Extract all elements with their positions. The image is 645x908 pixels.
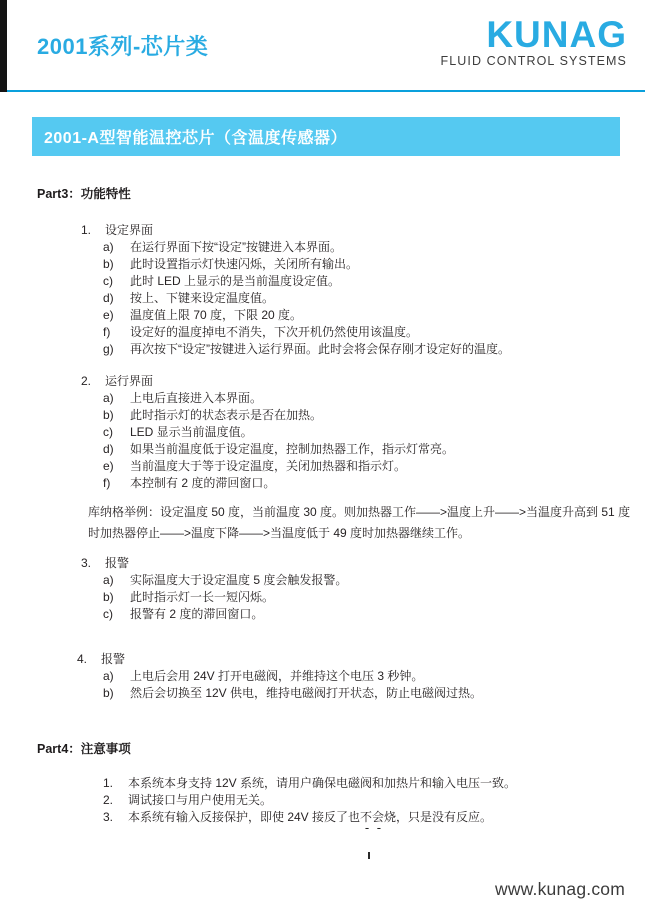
list-item: e)当前温度大于等于设定温度，关闭加热器和指示灯。 [103,458,645,475]
section-alarm: 3. 报警 a)实际温度大于设定温度 5 度会触发报警。 b)此时指示灯一长一短… [0,555,645,623]
corner-bar-decoration [0,0,7,92]
note-item: 1.本系统本身支持 12V 系统，请用户确保电磁阀和加热片和输入电压一致。 [103,775,645,792]
list-item: b)此时设置指示灯快速闪烁，关闭所有输出。 [103,256,645,273]
page-header: 2001系列-芯片类 KUNAG FLUID CONTROL SYSTEMS [0,0,645,90]
list-item: a)上电后会用 24V 打开电磁阀，并维持这个电压 3 秒钟。 [103,668,645,685]
item-label: b) [103,256,130,273]
list-item: c)此时 LED 上显示的是当前温度设定值。 [103,273,645,290]
section-title: 报警 [105,555,129,572]
list-item: b)然后会切换至 12V 供电，维持电磁阀打开状态，防止电磁阀过热。 [103,685,645,702]
list-item: d)按上、下键来设定温度值。 [103,290,645,307]
note-text: 本系统有输入反接保护，即使 24V 接反了也不会烧，只是没有反应。 [128,809,492,826]
note-text: 本系统本身支持 12V 系统，请用户确保电磁阀和加热片和输入电压一致。 [128,775,516,792]
item-text: 当前温度大于等于设定温度，关闭加热器和指示灯。 [130,458,406,475]
item-text: 此时 LED 上显示的是当前温度设定值。 [130,273,340,290]
item-label: d) [103,441,130,458]
header-divider [0,90,645,92]
logo-wordmark: KUNAG [440,18,627,51]
item-label: f) [103,475,130,492]
item-label: c) [103,424,130,441]
section-title: 设定界面 [105,222,153,239]
section-number: 1. [81,222,105,239]
section-number: 2. [81,373,105,390]
list-item: f)本控制有 2 度的滞回窗口。 [103,475,645,492]
note-number: 1. [103,775,128,792]
item-text: 上电后会用 24V 打开电磁阀，并维持这个电压 3 秒钟。 [130,668,423,685]
item-text: LED 显示当前温度值。 [130,424,253,441]
item-label: f) [103,324,130,341]
section-run-interface: 2. 运行界面 a)上电后直接进入本界面。 b)此时指示灯的状态表示是否在加热。… [0,373,645,492]
item-label: b) [103,685,130,702]
item-label: a) [103,572,130,589]
website-url: www.kunag.com [495,879,625,900]
list-item: b)此时指示灯一长一短闪烁。 [103,589,645,606]
section-number: 4. [77,651,101,668]
part3-heading: Part3：功能特性 [37,186,645,203]
list-item: f)设定好的温度掉电不消失，下次开机仍然使用该温度。 [103,324,645,341]
page-number-marker: - - [352,820,396,835]
note-text: 调试接口与用户使用无关。 [128,792,272,809]
item-label: e) [103,458,130,475]
list-item: a)上电后直接进入本界面。 [103,390,645,407]
part4-heading: Part4：注意事项 [37,741,645,758]
section-valve-power: 4. 报警 a)上电后会用 24V 打开电磁阀，并维持这个电压 3 秒钟。 b)… [0,651,645,702]
item-label: b) [103,407,130,424]
list-item: b)此时指示灯的状态表示是否在加热。 [103,407,645,424]
item-label: g) [103,341,130,358]
section-number: 3. [81,555,105,572]
item-label: a) [103,390,130,407]
item-text: 实际温度大于设定温度 5 度会触发报警。 [130,572,347,589]
logo-tagline: FLUID CONTROL SYSTEMS [440,54,627,68]
list-item: a)在运行界面下按“设定”按键进入本界面。 [103,239,645,256]
item-label: e) [103,307,130,324]
product-banner: 2001-A型智能温控芯片（含温度传感器） [32,117,620,156]
item-text: 此时指示灯一长一短闪烁。 [130,589,274,606]
note-item: 2.调试接口与用户使用无关。 [103,792,645,809]
item-text: 然后会切换至 12V 供电，维持电磁阀打开状态，防止电磁阀过热。 [130,685,482,702]
stray-tick-mark [368,852,370,859]
item-text: 报警有 2 度的滞回窗口。 [130,606,263,623]
item-label: d) [103,290,130,307]
list-item: g)再次按下“设定”按键进入运行界面。此时会将会保存刚才设定好的温度。 [103,341,645,358]
section-setting-interface: 1. 设定界面 a)在运行界面下按“设定”按键进入本界面。 b)此时设置指示灯快… [0,222,645,358]
product-banner-title: 2001-A型智能温控芯片（含温度传感器） [44,125,347,148]
series-title: 2001系列-芯片类 [37,30,208,61]
item-label: c) [103,606,130,623]
section-header: 3. 报警 [81,555,645,572]
item-label: a) [103,239,130,256]
section-header: 4. 报警 [77,651,645,668]
item-label: a) [103,668,130,685]
item-text: 此时指示灯的状态表示是否在加热。 [130,407,322,424]
list-item: c)报警有 2 度的滞回窗口。 [103,606,645,623]
list-item: a)实际温度大于设定温度 5 度会触发报警。 [103,572,645,589]
list-item: d)如果当前温度低于设定温度，控制加热器工作，指示灯常亮。 [103,441,645,458]
hysteresis-example-note: 库纳格举例：设定温度 50 度，当前温度 30 度。则加热器工作——>温度上升—… [88,502,635,544]
section-title: 运行界面 [105,373,153,390]
item-text: 按上、下键来设定温度值。 [130,290,274,307]
section-title: 报警 [101,651,125,668]
datasheet-page: 2001系列-芯片类 KUNAG FLUID CONTROL SYSTEMS 2… [0,0,645,908]
precautions-list: 1.本系统本身支持 12V 系统，请用户确保电磁阀和加热片和输入电压一致。 2.… [0,775,645,826]
note-number: 2. [103,792,128,809]
item-text: 本控制有 2 度的滞回窗口。 [130,475,275,492]
item-text: 上电后直接进入本界面。 [130,390,262,407]
item-text: 在运行界面下按“设定”按键进入本界面。 [130,239,342,256]
item-text: 此时设置指示灯快速闪烁，关闭所有输出。 [130,256,358,273]
brand-logo: KUNAG FLUID CONTROL SYSTEMS [440,18,627,68]
list-item: c)LED 显示当前温度值。 [103,424,645,441]
list-item: e)温度值上限 70 度，下限 20 度。 [103,307,645,324]
item-text: 设定好的温度掉电不消失，下次开机仍然使用该温度。 [130,324,418,341]
item-text: 如果当前温度低于设定温度，控制加热器工作，指示灯常亮。 [130,441,454,458]
section-header: 2. 运行界面 [81,373,645,390]
note-number: 3. [103,809,128,826]
item-label: b) [103,589,130,606]
section-header: 1. 设定界面 [81,222,645,239]
item-text: 温度值上限 70 度，下限 20 度。 [130,307,302,324]
item-label: c) [103,273,130,290]
item-text: 再次按下“设定”按键进入运行界面。此时会将会保存刚才设定好的温度。 [130,341,510,358]
